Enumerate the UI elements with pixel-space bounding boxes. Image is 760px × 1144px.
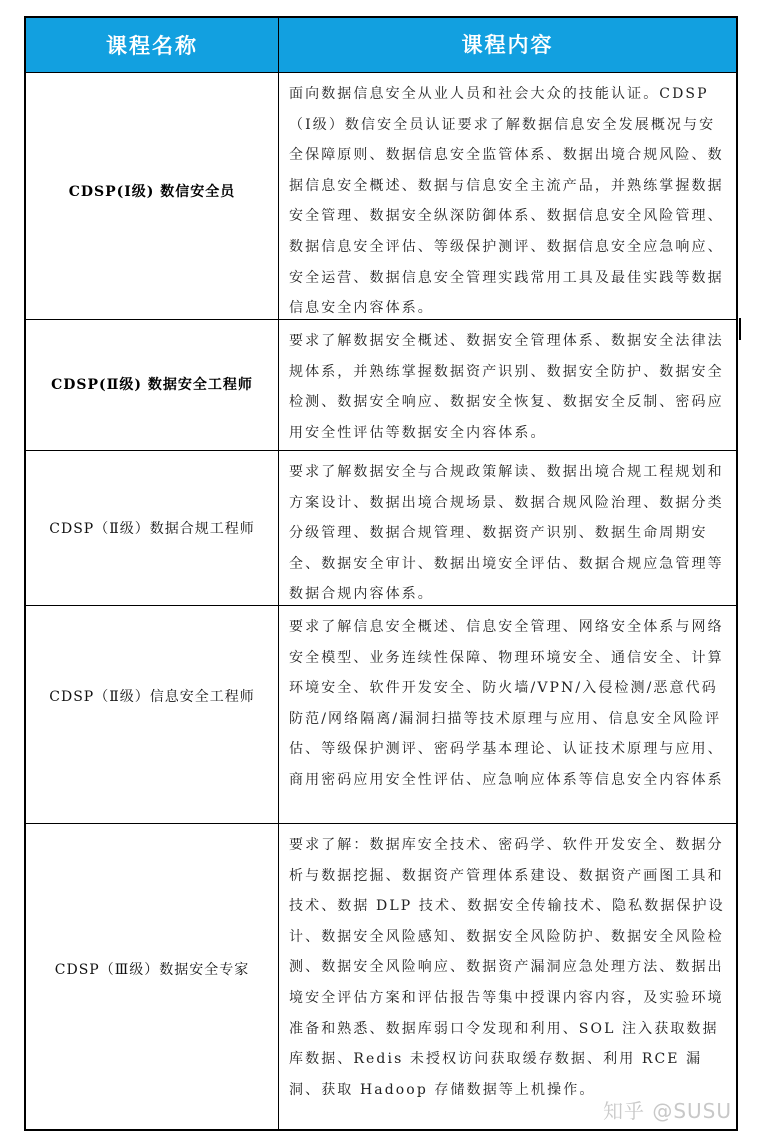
course-name-cell: CDSP（Ⅱ级）信息安全工程师 [26, 606, 279, 823]
border-artifact [739, 318, 741, 340]
watermark: 知乎 @SUSU [603, 1095, 732, 1124]
table-row: CDSP（Ⅱ级）数据合规工程师 要求了解数据安全与合规政策解读、数据出境合规工程… [26, 450, 736, 605]
course-name-cell: CDSP（Ⅲ级）数据安全专家 [26, 824, 279, 1129]
course-content-cell: 面向数据信息安全从业人员和社会大众的技能认证。CDSP（Ⅰ级）数信安全员认证要求… [279, 73, 736, 319]
header-course-name: 课程名称 [26, 18, 279, 72]
course-name-cell: CDSP(Ⅰ级) 数信安全员 [26, 73, 279, 319]
course-name-cell: CDSP（Ⅱ级）数据合规工程师 [26, 451, 279, 605]
course-name-cell: CDSP(Ⅱ级) 数据安全工程师 [26, 320, 279, 450]
table-header-row: 课程名称 课程内容 [26, 18, 736, 72]
header-course-content: 课程内容 [279, 18, 736, 72]
course-content-cell: 要求了解：数据库安全技术、密码学、软件开发安全、数据分析与数据挖掘、数据资产管理… [279, 824, 736, 1129]
table-row: CDSP（Ⅲ级）数据安全专家 要求了解：数据库安全技术、密码学、软件开发安全、数… [26, 823, 736, 1129]
course-table: 课程名称 课程内容 CDSP(Ⅰ级) 数信安全员 面向数据信息安全从业人员和社会… [24, 16, 738, 1131]
table-row: CDSP(Ⅰ级) 数信安全员 面向数据信息安全从业人员和社会大众的技能认证。CD… [26, 72, 736, 319]
course-content-cell: 要求了解数据安全与合规政策解读、数据出境合规工程规划和方案设计、数据出境合规场景… [279, 451, 736, 605]
course-content-cell: 要求了解信息安全概述、信息安全管理、网络安全体系与网络安全模型、业务连续性保障、… [279, 606, 736, 823]
table-row: CDSP(Ⅱ级) 数据安全工程师 要求了解数据安全概述、数据安全管理体系、数据安… [26, 319, 736, 450]
table-row: CDSP（Ⅱ级）信息安全工程师 要求了解信息安全概述、信息安全管理、网络安全体系… [26, 605, 736, 823]
course-content-cell: 要求了解数据安全概述、数据安全管理体系、数据安全法律法规体系，并熟练掌握数据资产… [279, 320, 736, 450]
